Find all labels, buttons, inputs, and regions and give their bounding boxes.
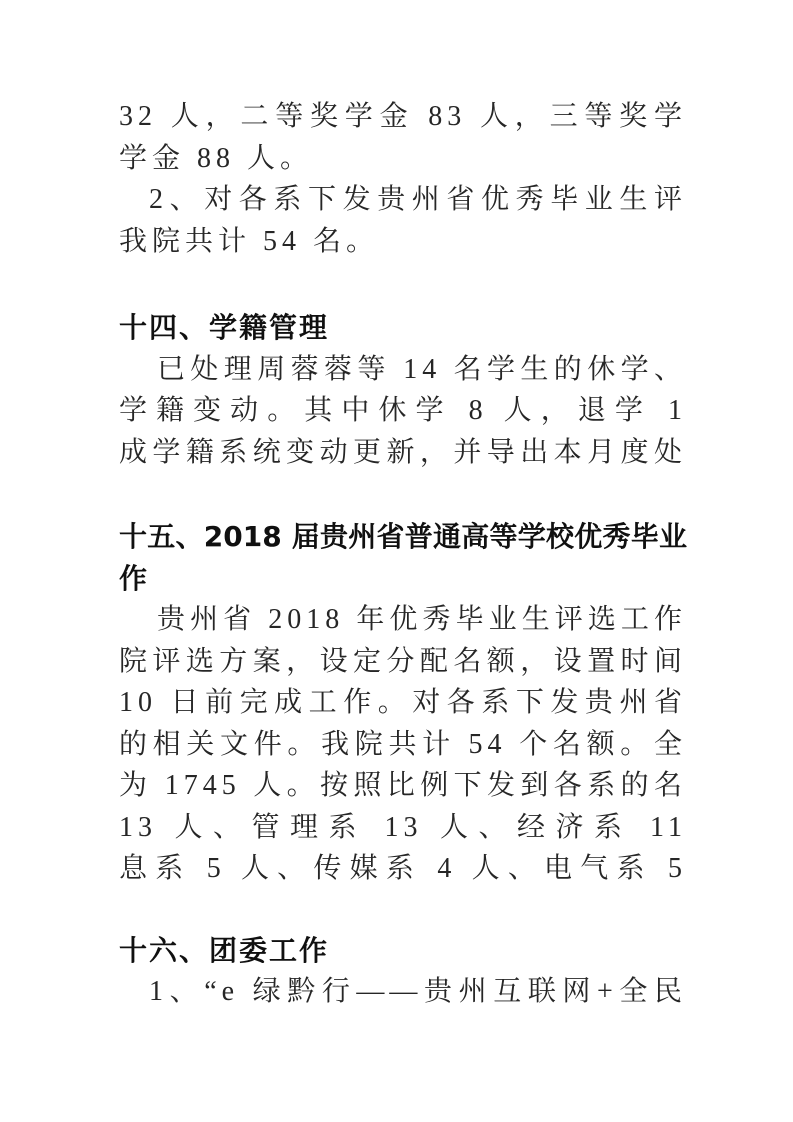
section-heading: 作	[119, 558, 687, 600]
paragraph-line: 学籍变动。其中休学 8 人，退学 1 人，复学 5 人。已完	[119, 390, 687, 432]
paragraph-line: 成学籍系统变动更新，并导出本月度处理汇总表。	[119, 432, 687, 474]
section-heading: 十六、团委工作	[119, 930, 687, 972]
paragraph-line: 32 人，二等奖学金 83 人，三等奖学金 155 人，单项奖	[119, 96, 687, 138]
paragraph-line: 为 1745 人。按照比例下发到各系的名额分别为土木系	[119, 765, 687, 807]
document-page: 32 人，二等奖学金 83 人，三等奖学金 155 人，单项奖 学金 88 人。…	[0, 0, 793, 1122]
paragraph-line: 10 日前完成工作。对各系下发贵州省优秀毕业生评选	[119, 682, 687, 724]
paragraph-line: 1、“e 绿黔行——贵州互联网+全民义务植树”活	[119, 971, 687, 1013]
section-heading: 十五、2018 届贵州省普通高等学校优秀毕业生评选工	[119, 516, 687, 558]
paragraph-line: 息系 5 人、传媒系 4 人、电气系 5 人。	[119, 848, 687, 890]
paragraph-line: 13 人、管理系 13 人、经济系 11 人、生物系 3 人、信	[119, 807, 687, 849]
section-heading: 十四、学籍管理	[119, 307, 687, 349]
paragraph-line: 院评选方案，设定分配名额，设置时间节点。预计 4 月	[119, 641, 687, 683]
paragraph-line: 我院共计 54 名。	[119, 221, 687, 263]
paragraph-line: 贵州省 2018 年优秀毕业生评选工作筹备。拟定学	[119, 599, 687, 641]
document-body: 32 人，二等奖学金 83 人，三等奖学金 155 人，单项奖 学金 88 人。…	[119, 96, 687, 1013]
paragraph-line: 学金 88 人。	[119, 138, 687, 180]
paragraph-line: 2、对各系下发贵州省优秀毕业生评选的相关文件，	[119, 179, 687, 221]
paragraph-line: 已处理周蓉蓉等 14 名学生的休学、退学、复学等	[119, 349, 687, 391]
paragraph-line: 的相关文件。我院共计 54 个名额。全院 2018 届毕业生	[119, 724, 687, 766]
